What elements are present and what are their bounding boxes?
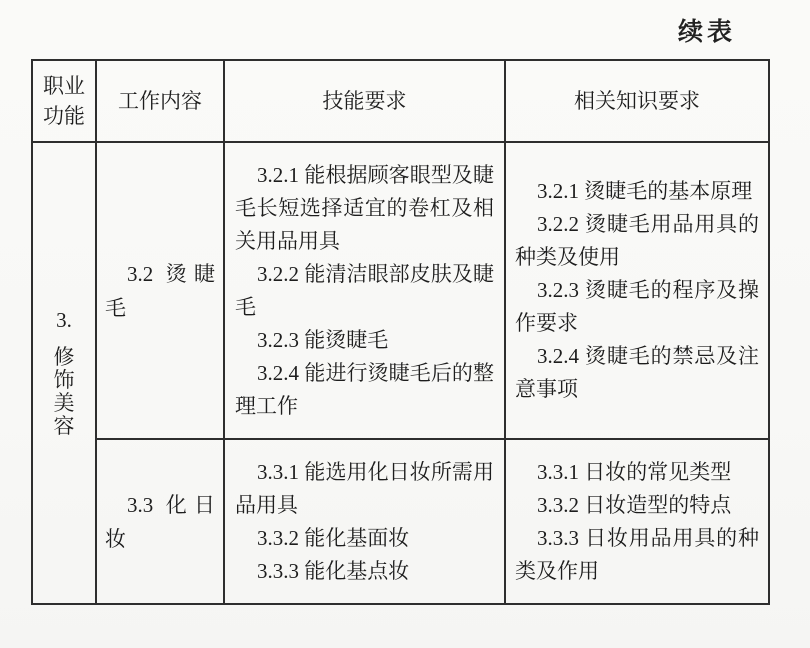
function-name-vertical: 修饰美容 [53, 346, 75, 438]
skill-requirements-cell: 3.3.1 能选用化日妆所需用品用具 3.3.2 能化基面妆 3.3.3 能化基… [224, 439, 505, 604]
continued-table-label: 续表 [678, 12, 736, 48]
skill-item: 3.2.1 能根据顾客眼型及睫毛长短选择适宜的卷杠及相关用品用具 [235, 159, 494, 258]
header-work-content: 工作内容 [96, 60, 224, 142]
knowledge-item: 3.3.1 日妆的常见类型 [515, 456, 759, 489]
skill-item: 3.2.3 能烫睫毛 [235, 324, 494, 357]
work-content-label: 3.2 烫睫毛 [105, 257, 215, 325]
work-content-cell: 3.2 烫睫毛 [96, 142, 224, 439]
occupational-function-cell: 3. 修饰美容 [32, 142, 96, 604]
knowledge-item: 3.3.2 日妆造型的特点 [515, 489, 759, 522]
occupational-standard-table: 职业功能 工作内容 技能要求 相关知识要求 3. 修饰美容 3.2 烫睫毛 3.… [31, 59, 770, 605]
knowledge-item: 3.2.2 烫睫毛用品用具的种类及使用 [515, 208, 759, 274]
header-skill-requirements: 技能要求 [224, 60, 505, 142]
table-row-lash-perm: 3. 修饰美容 3.2 烫睫毛 3.2.1 能根据顾客眼型及睫毛长短选择适宜的卷… [32, 142, 769, 439]
knowledge-requirements-cell: 3.3.1 日妆的常见类型 3.3.2 日妆造型的特点 3.3.3 日妆用品用具… [505, 439, 769, 604]
header-occupational-function: 职业功能 [32, 60, 96, 142]
function-number: 3. [33, 309, 95, 332]
skill-item: 3.3.1 能选用化日妆所需用品用具 [235, 456, 494, 522]
skill-item: 3.3.3 能化基点妆 [235, 555, 494, 588]
skill-item: 3.2.4 能进行烫睫毛后的整理工作 [235, 357, 494, 423]
table-row-day-makeup: 3.3 化日妆 3.3.1 能选用化日妆所需用品用具 3.3.2 能化基面妆 3… [32, 439, 769, 604]
knowledge-item: 3.2.3 烫睫毛的程序及操作要求 [515, 274, 759, 340]
skill-item: 3.2.2 能清洁眼部皮肤及睫毛 [235, 258, 494, 324]
document-page: 续表 职业功能 工作内容 技能要求 相关知识要求 3. 修饰美容 3.2 烫睫毛… [0, 0, 810, 648]
knowledge-requirements-cell: 3.2.1 烫睫毛的基本原理 3.2.2 烫睫毛用品用具的种类及使用 3.2.3… [505, 142, 769, 439]
table-header-row: 职业功能 工作内容 技能要求 相关知识要求 [32, 60, 769, 142]
knowledge-item: 3.2.4 烫睫毛的禁忌及注意事项 [515, 340, 759, 406]
work-content-label: 3.3 化日妆 [105, 488, 215, 556]
header-knowledge-requirements: 相关知识要求 [505, 60, 769, 142]
skill-requirements-cell: 3.2.1 能根据顾客眼型及睫毛长短选择适宜的卷杠及相关用品用具 3.2.2 能… [224, 142, 505, 439]
knowledge-item: 3.2.1 烫睫毛的基本原理 [515, 175, 759, 208]
knowledge-item: 3.3.3 日妆用品用具的种类及作用 [515, 522, 759, 588]
skill-item: 3.3.2 能化基面妆 [235, 522, 494, 555]
work-content-cell: 3.3 化日妆 [96, 439, 224, 604]
